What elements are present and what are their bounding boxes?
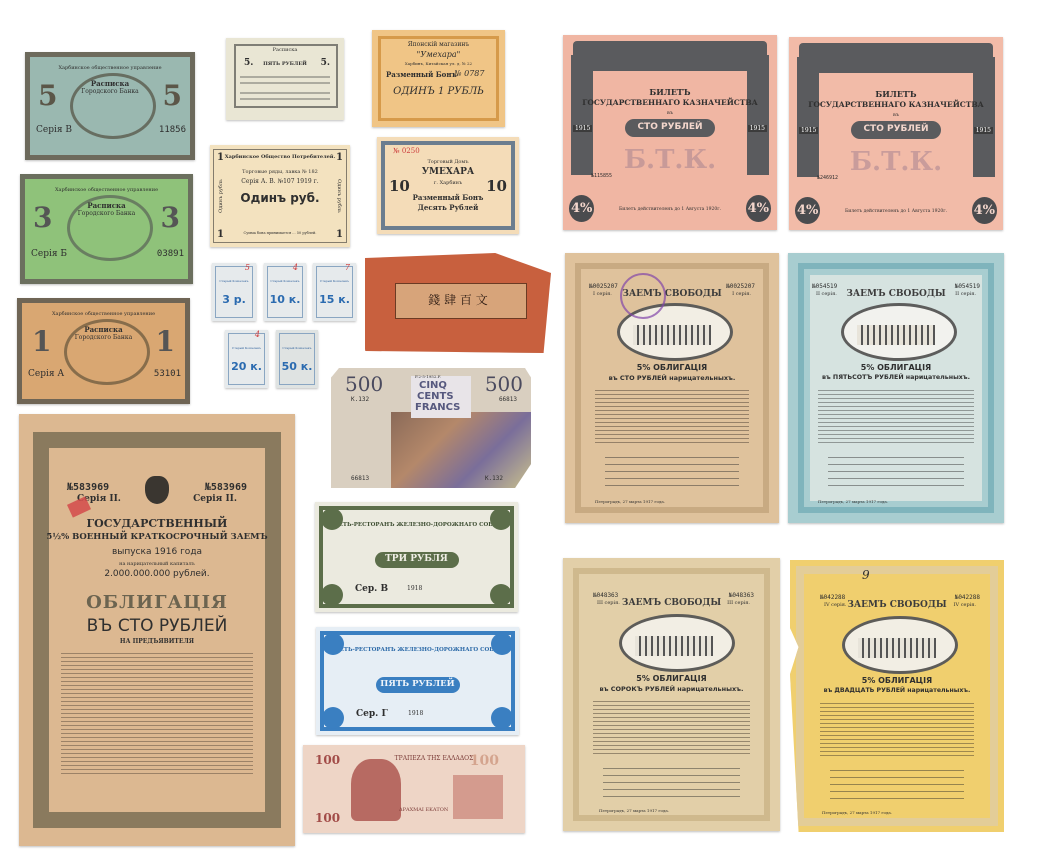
trade-house: Торговый Домъ <box>377 159 519 165</box>
liberty-loan-20-ruble-bond: 9 №042288 IV серія. №042288 IV серія. ЗА… <box>790 560 1004 832</box>
title-line-3: FRANCS <box>415 402 460 413</box>
stamp-label: Старый Кошелекъ <box>276 346 318 350</box>
serial-left: №583969 <box>67 482 109 493</box>
kharbin-1-ruble-note: Харбинское общественное управление Распи… <box>17 298 190 404</box>
note-header: Харбинское общественное управление <box>22 311 185 317</box>
shop-name: "Умехара" <box>372 50 505 59</box>
kharbin-3-ruble-note: Харбинское общественное управление Распи… <box>20 174 193 284</box>
note-value: СТО РУБЛЕЙ <box>789 124 1003 134</box>
umekhara-1-ruble-note: Японскій магазинъ "Умехара" Харбинъ, Кит… <box>372 30 505 127</box>
note-line-3: въ <box>563 110 777 116</box>
stamp-value: 3 р. <box>212 293 256 306</box>
denomination-right: 3 <box>161 201 180 234</box>
year: 1918 <box>408 710 423 717</box>
banner: ЗАЕМЪ СВОБОДЫ <box>563 598 780 608</box>
serial-number: №246912 <box>817 175 838 181</box>
note-footer: Сумма бона принимается ... 50 рублей. <box>210 231 350 235</box>
validity: Билетъ действителенъ до 1 Августа 1920г. <box>789 209 1003 214</box>
bond-title: 5% ОБЛИГАЦІЯ <box>790 676 1004 685</box>
denomination-right: 1 <box>156 325 175 358</box>
denom-left: 500 <box>345 372 383 396</box>
serial-number: 11856 <box>159 125 186 135</box>
serial-number: 53101 <box>154 369 181 379</box>
portrait-area <box>351 759 401 821</box>
dragon-ornament <box>70 73 156 139</box>
bond-line-3: выпуска 1916 года <box>19 547 295 557</box>
signatures <box>828 451 964 491</box>
liberty-loan-500-ruble-bond: №054519 II серія. №054519 II серія. ЗАЕМ… <box>788 253 1004 523</box>
kharbin-consumers-1-ruble-note: 1 1 1 1 Харбинское Общество Потребителей… <box>210 145 350 247</box>
banner: ЗАЕМЪ СВОБОДЫ <box>565 289 779 299</box>
bond-fine-print <box>61 650 253 774</box>
note-line-1: БИЛЕТЪ <box>563 87 777 97</box>
series-label: Серія В <box>36 125 72 135</box>
year: 1918 <box>407 585 422 592</box>
bond-text <box>818 387 974 443</box>
tauride-palace <box>635 636 713 656</box>
treasury-100-ruble-note-b: БИЛЕТЪ ГОСУДАРСТВЕННАГО КАЗНАЧЕЙСТВА въ … <box>789 37 1003 230</box>
signatures <box>605 451 739 491</box>
series-label: Серія Б <box>31 249 67 259</box>
overprint: Б.Т.К. <box>563 145 777 175</box>
liberty-loan-40-ruble-bond: №048363 III серія. №048363 III серія. ЗА… <box>563 558 780 831</box>
year-right: 1915 <box>974 127 993 134</box>
denom-right: 10 <box>486 177 507 195</box>
portrait-area <box>391 412 531 488</box>
bond-line-4: на нарицательный капиталъ <box>19 561 295 567</box>
stamp-mark: 4 <box>293 263 298 272</box>
serial-number: № 0250 <box>393 147 420 155</box>
bond-footer: Петроградъ, 27 марта 1917 года. <box>818 499 888 504</box>
corner-circle-br <box>491 707 513 729</box>
fine-print <box>240 76 330 78</box>
stamp-border <box>228 333 265 385</box>
war-loan-1916-bond: №583969 Серія II. №583969 Серія II. ГОСУ… <box>19 414 295 846</box>
bond-footer: Петроградъ, 27 марта 1917 года. <box>599 808 669 813</box>
bond-value: въ СОРОКЪ РУБЛЕЙ нарицательныхъ. <box>563 685 780 693</box>
title-line-2: CENTS <box>417 391 454 402</box>
fine-print <box>240 82 330 84</box>
double-eagle-emblem <box>145 476 169 504</box>
corner-circle-bl <box>322 707 344 729</box>
signatures <box>830 764 964 804</box>
bond-line-2: 5½% ВОЕННЫЙ КРАТКОСРОЧНЫЙ ЗАЕМЪ <box>19 532 295 542</box>
bond-capital: 2.000.000.000 рублей. <box>19 569 295 579</box>
note-line-3: въ <box>789 112 1003 118</box>
note-header: Харбинское общественное управление <box>30 65 190 71</box>
denomination-right: 5 <box>163 79 182 112</box>
series-bottom: K.132 <box>485 475 503 482</box>
tauride-palace <box>857 325 935 345</box>
year-right: 1915 <box>748 125 767 132</box>
bond-line-1: ГОСУДАРСТВЕННЫЙ <box>19 517 295 530</box>
overprint: Б.Т.К. <box>789 147 1003 177</box>
note-line-1: Торговые ряды, лавка № 182 <box>210 169 350 175</box>
stamp-label: Старый Кошелекъ <box>225 346 268 350</box>
year-left: 1915 <box>573 125 592 132</box>
value-text: ΔΡΑΧΜΑΙ ΕΚΑΤΟΝ <box>399 807 448 813</box>
corner-circle-tr <box>491 633 513 655</box>
handwritten-mark: 9 <box>862 568 870 582</box>
series-right: Серія II. <box>193 494 237 504</box>
serial-bottom: 66813 <box>351 475 369 482</box>
stamp-mark: 7 <box>345 263 350 272</box>
note-value: Одинъ руб. <box>210 191 350 205</box>
serial-top: 66813 <box>499 396 517 403</box>
note-title: БУФЕТЬ-РЕСТОРАНЪ ЖЕЛЕЗНО-ДОРОЖНАГО СОБРА… <box>315 522 518 528</box>
kharbin-5-ruble-note: Харбинское общественное управление Распи… <box>25 52 195 160</box>
note-header: Харбинское общественное управление <box>25 187 188 193</box>
signatures <box>603 762 740 802</box>
top-ornament <box>573 41 767 71</box>
coupon-stamp-15k: Старый Кошелекъ 15 к. 7 <box>313 263 356 321</box>
note-value: ТРИ РУБЛЯ <box>315 554 518 564</box>
bond-title: 5% ОБЛИГАЦІЯ <box>565 363 779 372</box>
stamp-border <box>215 266 253 318</box>
year-left: 1915 <box>799 127 818 134</box>
raspiska-5-ruble-note: Расписка 5. ПЯТЬ РУБЛЕЙ 5. <box>226 38 344 120</box>
note-line-2: Серія А. В. №107 1919 г. <box>210 178 350 185</box>
bond-text <box>820 700 974 756</box>
shop-header: Японскій магазинъ <box>372 41 505 48</box>
greek-100-drachmai-note: ΤΡΑΠΕΖΑ ΤΗΣ ΕΛΛΑΔΟΣ ΔΡΑΧΜΑΙ ΕΚΑΤΟΝ 100 1… <box>303 745 525 833</box>
bond-text <box>595 387 749 443</box>
umekhara-10-ruble-note: № 0250 Торговый Домъ УМЕХАРА г. Харбинъ … <box>377 137 519 234</box>
note-value: ПЯТЬ РУБЛЕЙ <box>316 679 519 689</box>
corner-circle-br <box>490 584 512 606</box>
stamp-value: 15 к. <box>313 293 356 306</box>
coupon-stamp-50k: Старый Кошелекъ 50 к. <box>276 330 318 388</box>
bond-title: ОБЛИГАЦІЯ <box>19 592 295 613</box>
liberty-loan-100-ruble-bond: №0025207 I серія. №0025207 I серія. ЗАЕМ… <box>565 253 779 523</box>
stamp-label: Старый Кошелекъ <box>212 279 256 283</box>
note-number: № 0787 <box>454 69 484 78</box>
chinese-text: 錢 肆 百 文 <box>365 291 551 308</box>
stamp-mark: 4 <box>255 330 260 339</box>
banner: ЗАЕМЪ СВОБОДЫ <box>788 289 1004 299</box>
serial-number: 03891 <box>157 249 184 259</box>
denomination-left: 1 <box>32 325 51 358</box>
bond-footer: Петроградъ, 27 марта 1917 года. <box>822 810 892 815</box>
stamp-value: 10 к. <box>264 293 306 306</box>
note-value: Десять Рублей <box>377 203 519 212</box>
buffet-3-ruble-note: БУФЕТЬ-РЕСТОРАНЪ ЖЕЛЕЗНО-ДОРОЖНАГО СОБРА… <box>315 502 518 612</box>
bond-bearer: НА ПРЕДЪЯВИТЕЛЯ <box>19 638 295 645</box>
fine-print <box>240 92 330 94</box>
denom-right: 5. <box>321 58 330 68</box>
series-label: Серія А <box>28 369 64 379</box>
denomination-left: 3 <box>33 201 52 234</box>
company-name: УМЕХАРА <box>377 167 519 177</box>
note-line-2: ГОСУДАРСТВЕННАГО КАЗНАЧЕЙСТВА <box>563 98 777 107</box>
serial-number: №115855 <box>591 173 612 179</box>
series-label: Сер. Г <box>356 709 388 719</box>
note-title: БУФЕТЬ-РЕСТОРАНЪ ЖЕЛЕЗНО-ДОРОЖНАГО СОБРА… <box>316 647 519 653</box>
denom-top-left: 100 <box>315 753 340 767</box>
stamp-value: 50 к. <box>276 360 318 373</box>
bond-value: въ ДВАДЦАТЬ РУБЛЕЙ нарицательныхъ. <box>790 687 1004 694</box>
tauride-palace <box>858 638 936 658</box>
bond-value: въ ПЯТЬСОТЪ РУБЛЕЙ нарицательныхъ. <box>788 374 1004 381</box>
buffet-5-ruble-note: БУФЕТЬ-РЕСТОРАНЪ ЖЕЛЕЗНО-ДОРОЖНАГО СОБРА… <box>316 627 519 735</box>
note-line-1: БИЛЕТЪ <box>789 89 1003 99</box>
stamp-border <box>267 266 303 318</box>
stamp-label: Старый Кошелекъ <box>313 279 356 283</box>
monastery-area <box>453 775 503 819</box>
note-value: СТО РУБЛЕЙ <box>563 122 777 132</box>
note-value: ОДИНЪ 1 РУБЛЬ <box>372 86 505 97</box>
side-text-left: Одинъ рубль <box>218 179 224 213</box>
denom-left: 10 <box>389 177 410 195</box>
purple-stamp <box>620 273 666 319</box>
dragon-ornament <box>64 319 150 385</box>
tauride-palace <box>633 325 711 345</box>
note-title: Расписка <box>226 47 344 53</box>
denomination-left: 5 <box>38 79 57 112</box>
corner-circle-tl <box>322 633 344 655</box>
note-header: Харбинское Общество Потребителей. <box>210 154 350 160</box>
banner: ЗАЕМЪ СВОБОДЫ <box>790 600 1004 610</box>
french-500-francs-note: F.2-5-1952.F. CINQ CENTS FRANCS 500 500 … <box>331 368 531 488</box>
coupon-stamp-20k: Старый Кошелекъ 20 к. 4 <box>225 330 268 388</box>
bond-footer: Петроградъ, 27 марта 1917 года. <box>595 499 665 504</box>
series-top: K.132 <box>351 396 369 403</box>
stamp-border <box>279 333 315 385</box>
stamp-border <box>316 266 353 318</box>
bond-value: ВЪ СТО РУБЛЕЙ <box>19 616 295 636</box>
stamp-mark: 5 <box>245 263 250 272</box>
treasury-100-ruble-note-a: БИЛЕТЪ ГОСУДАРСТВЕННАГО КАЗНАЧЕЙСТВА въ … <box>563 35 777 230</box>
coupon-stamp-10k: Старый Кошелекъ 10 к. 4 <box>264 263 306 321</box>
corner-circle-tl <box>321 508 343 530</box>
bond-value: въ СТО РУБЛЕЙ нарицательныхъ. <box>565 374 779 382</box>
chinese-note: 錢 肆 百 文 <box>365 253 551 353</box>
stamp-label: Старый Кошелекъ <box>264 279 306 283</box>
bond-title: 5% ОБЛИГАЦІЯ <box>788 363 1004 372</box>
series-label: Сер. В <box>355 584 388 594</box>
stamp-value: 20 к. <box>225 360 268 373</box>
corner-circle-tr <box>490 508 512 530</box>
fine-print <box>240 98 330 100</box>
coupon-stamp-3r: Старый Кошелекъ 3 р. 5 <box>212 263 256 321</box>
dragon-ornament <box>67 195 153 261</box>
date: F.2-5-1952.F. <box>415 374 441 379</box>
top-ornament <box>799 43 993 73</box>
side-text-right: Одинъ рубль <box>336 179 342 213</box>
corner-circle-bl <box>321 584 343 606</box>
denom-top-right: 100 <box>470 753 499 769</box>
note-title: Разменный Бонъ <box>386 70 457 79</box>
denom-right: 500 <box>485 372 523 396</box>
denom-bottom-left: 100 <box>315 811 340 825</box>
validity: Билетъ действителенъ до 1 Августа 1920г. <box>563 207 777 212</box>
note-line-2: ГОСУДАРСТВЕННАГО КАЗНАЧЕЙСТВА <box>789 100 1003 109</box>
serial-right: №583969 <box>205 482 247 493</box>
title-line-1: CINQ <box>419 380 447 391</box>
bond-text <box>593 698 750 754</box>
shop-address: Харбинъ, Китайская ул. д. № 22 <box>372 61 505 66</box>
bond-title: 5% ОБЛИГАЦІЯ <box>563 674 780 683</box>
